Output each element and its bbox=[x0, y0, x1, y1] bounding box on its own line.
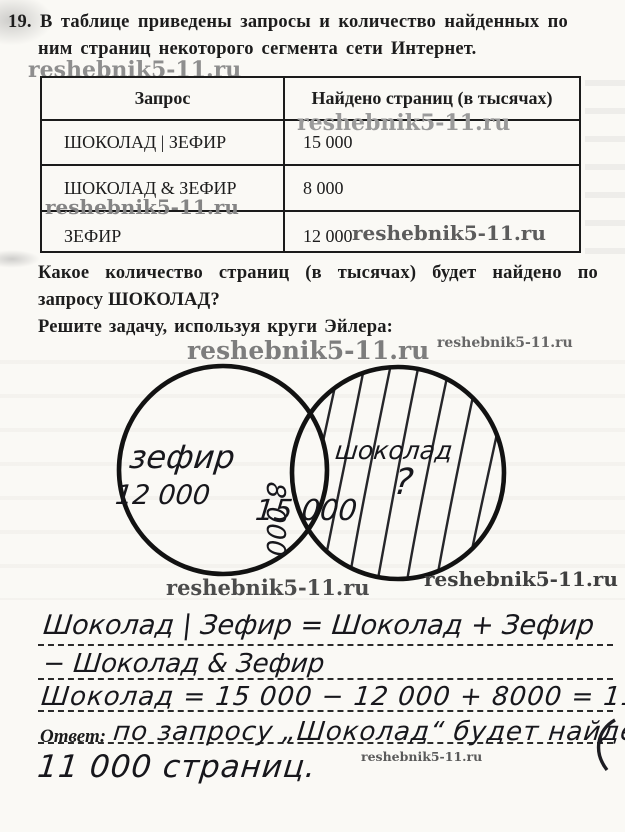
solution-line1: Шоколад | Зефир = Шоколад + Зефир bbox=[42, 612, 595, 639]
table-cell-query: ШОКОЛАД | ЗЕФИР bbox=[42, 121, 285, 164]
left-circle-label: зефир bbox=[128, 441, 237, 473]
table-header-query: Запрос bbox=[42, 78, 285, 119]
watermark: reshebnik5-11.ru bbox=[45, 195, 239, 219]
scan-artifact bbox=[0, 250, 40, 268]
watermark: reshebnik5-11.ru bbox=[437, 335, 573, 351]
answer-line2: 11 000 страниц. bbox=[36, 752, 318, 783]
scanned-textbook-page: 19. В таблице приведены запросы и количе… bbox=[0, 0, 625, 832]
table-cell-pages: 8 000 bbox=[285, 166, 579, 210]
right-circle-question-mark: ? bbox=[392, 465, 415, 501]
right-circle-label: шоколад bbox=[334, 438, 454, 463]
union-value: 15 000 bbox=[254, 496, 359, 525]
watermark: reshebnik5-11.ru bbox=[424, 567, 618, 591]
watermark: reshebnik5-11.ru bbox=[166, 575, 370, 600]
problem-number: 19. bbox=[8, 12, 32, 32]
solution-line3: Шоколад = 15 000 − 12 000 + 8000 = 11 00… bbox=[40, 684, 625, 710]
ruled-line bbox=[38, 644, 613, 646]
problem-text: В таблице приведены запросы и количество… bbox=[40, 12, 568, 32]
answer-line1: по запросу „Шоколад“ будет найдено bbox=[112, 719, 625, 745]
question-line3: Решите задачу, используя круги Эйлера: bbox=[38, 317, 393, 338]
stray-pen-mark bbox=[585, 718, 625, 774]
scan-artifact bbox=[585, 80, 625, 260]
left-circle-value: 12 000 bbox=[114, 482, 211, 509]
answer-label: Ответ: bbox=[40, 726, 106, 748]
watermark: reshebnik5-11.ru bbox=[361, 749, 482, 764]
watermark: reshebnik5-11.ru bbox=[352, 221, 546, 245]
question-line2: запросу ШОКОЛАД? bbox=[38, 290, 220, 311]
solution-line2: − Шоколад & Зефир bbox=[42, 651, 326, 677]
watermark: reshebnik5-11.ru bbox=[297, 110, 510, 136]
